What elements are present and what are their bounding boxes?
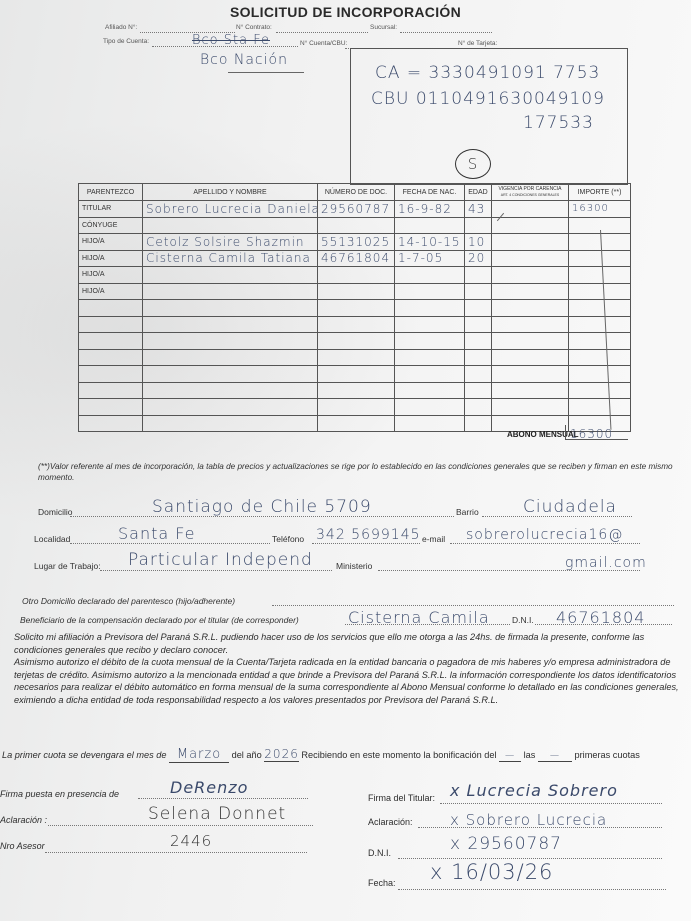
- cell-doc[interactable]: [318, 283, 395, 300]
- cell-vigencia[interactable]: [492, 250, 569, 267]
- cell-vigencia[interactable]: [492, 217, 569, 234]
- aclaracion-right-value: x Sobrero Lucrecia: [450, 811, 607, 829]
- fecha-value: x 16/03/26: [430, 860, 553, 884]
- cell-doc[interactable]: [318, 349, 395, 366]
- cell-nombre[interactable]: [143, 283, 318, 300]
- aclaracion-right-label: Aclaración:: [368, 817, 413, 827]
- domicilio-label: Domicilio: [38, 507, 72, 517]
- fecha-label: Fecha:: [368, 878, 396, 888]
- family-table-header: PARENTEZCO APELLIDO Y NOMBRE NÚMERO DE D…: [79, 184, 631, 201]
- col-nombre: APELLIDO Y NOMBRE: [143, 184, 318, 201]
- account-cbu: CBU 0110491630049109: [371, 89, 605, 109]
- cell-fecha-nac[interactable]: 1-7-05: [395, 250, 465, 267]
- cell-nombre[interactable]: [143, 316, 318, 333]
- cell-importe[interactable]: 16300: [569, 201, 631, 218]
- email-label: e-mail: [422, 534, 445, 544]
- cell-parentesco: HIJO/A: [79, 234, 143, 251]
- localidad-value: Santa Fe: [118, 524, 195, 543]
- family-table-row: [79, 349, 631, 366]
- aclaracion-left-field[interactable]: [48, 825, 313, 826]
- price-note: (**)Valor referente al mes de incorporac…: [38, 461, 688, 483]
- cell-vigencia[interactable]: [492, 316, 569, 333]
- afiliado-label: Afiliado N°:: [105, 24, 137, 31]
- account-cbu-cont: 177533: [523, 113, 594, 133]
- cell-vigencia[interactable]: [492, 234, 569, 251]
- fecha-field[interactable]: [398, 889, 666, 890]
- cell-nombre[interactable]: [143, 349, 318, 366]
- cell-vigencia[interactable]: [492, 300, 569, 317]
- cell-doc[interactable]: [318, 333, 395, 350]
- tarjeta-label: N° de Tarjeta:: [458, 40, 497, 47]
- localidad-label: Localidad: [34, 534, 70, 544]
- presencia-field[interactable]: [138, 798, 308, 799]
- cell-vigencia[interactable]: [492, 267, 569, 284]
- tipo-cuenta-underline: [228, 72, 304, 73]
- email-value: sobrerolucrecia16@: [466, 527, 623, 543]
- family-table-row: HIJO/A: [79, 267, 631, 284]
- cell-vigencia[interactable]: [492, 382, 569, 399]
- legal-p2: Asimismo autorizo el débito de la cuota …: [14, 656, 691, 706]
- col-vigencia: VIGENCIA POR CARENCIA ART. 4 CONDICIONES…: [492, 184, 569, 201]
- cell-nombre[interactable]: Cisterna Camila Tatiana: [143, 250, 318, 267]
- family-table-row: HIJO/ACetolz Solsire Shazmin5513102514-1…: [79, 234, 631, 251]
- cell-edad[interactable]: [465, 382, 492, 399]
- cell-doc[interactable]: [318, 382, 395, 399]
- contrato-label: N° Contrato:: [236, 24, 272, 31]
- cell-edad[interactable]: 20: [465, 250, 492, 267]
- telefono-label: Teléfono: [272, 534, 304, 544]
- cell-edad[interactable]: [465, 267, 492, 284]
- cell-importe[interactable]: [569, 333, 631, 350]
- cell-fecha-nac[interactable]: 14-10-15: [395, 234, 465, 251]
- cell-doc[interactable]: 29560787: [318, 201, 395, 218]
- contrato-field[interactable]: [276, 32, 368, 33]
- cell-parentesco: HIJO/A: [79, 250, 143, 267]
- cell-importe[interactable]: [569, 366, 631, 383]
- form-page: SOLICITUD DE INCORPORACIÓN Afiliado N°: …: [0, 0, 691, 921]
- cell-fecha-nac[interactable]: [395, 316, 465, 333]
- account-box: CA = 3330491091 7753 CBU 011049163004910…: [350, 48, 628, 185]
- sucursal-label: Sucursal:: [370, 24, 397, 31]
- cell-importe[interactable]: [569, 300, 631, 317]
- cell-doc[interactable]: [318, 366, 395, 383]
- cell-importe[interactable]: [569, 399, 631, 416]
- beneficiario-value: Cisterna Camila: [348, 608, 490, 627]
- aclaracion-left-value: Selena Donnet: [148, 804, 286, 824]
- cell-importe[interactable]: [569, 382, 631, 399]
- cell-doc[interactable]: [318, 217, 395, 234]
- cell-fecha-nac[interactable]: [395, 267, 465, 284]
- barrio-value: Ciudadela: [523, 497, 617, 517]
- titular-signature-field[interactable]: [440, 803, 662, 804]
- cell-nombre[interactable]: [143, 300, 318, 317]
- cell-importe[interactable]: [569, 316, 631, 333]
- cell-nombre[interactable]: [143, 366, 318, 383]
- cell-nombre[interactable]: [143, 217, 318, 234]
- cell-nombre[interactable]: [143, 382, 318, 399]
- telefono-value: 342 5699145: [316, 527, 421, 543]
- presencia-label: Firma puesta en presencia de: [0, 789, 119, 799]
- cell-fecha-nac[interactable]: [395, 283, 465, 300]
- cuota-mes-field[interactable]: Marzo: [169, 747, 229, 763]
- cell-fecha-nac[interactable]: [395, 217, 465, 234]
- beneficiario-label: Beneficiario de la compensación declarad…: [20, 615, 299, 625]
- cell-edad[interactable]: [465, 415, 492, 432]
- cell-parentesco: [79, 415, 143, 432]
- circled-mark: S: [455, 149, 491, 179]
- cell-edad[interactable]: 43: [465, 201, 492, 218]
- cell-nombre[interactable]: [143, 399, 318, 416]
- cell-edad[interactable]: [465, 316, 492, 333]
- col-parentesco: PARENTEZCO: [79, 184, 143, 201]
- cell-edad[interactable]: 10: [465, 234, 492, 251]
- email-value-cont: gmail.com: [565, 555, 647, 571]
- asesor-value: 2446: [170, 832, 212, 850]
- cell-nombre[interactable]: Cetolz Solsire Shazmin: [143, 234, 318, 251]
- localidad-field[interactable]: [70, 543, 270, 544]
- cell-parentesco: HIJO/A: [79, 267, 143, 284]
- dni-label: D.N.I.: [368, 848, 391, 858]
- cell-parentesco: [79, 366, 143, 383]
- beneficiario-dni-label: D.N.I.: [512, 615, 534, 625]
- ministerio-label: Ministerio: [336, 561, 372, 571]
- cell-importe[interactable]: [569, 267, 631, 284]
- form-title: SOLICITUD DE INCORPORACIÓN: [0, 4, 691, 20]
- account-ca: CA = 3330491091 7753: [375, 63, 600, 83]
- cell-vigencia[interactable]: [492, 283, 569, 300]
- cell-edad[interactable]: [465, 333, 492, 350]
- cell-edad[interactable]: [465, 300, 492, 317]
- family-table-row: [79, 333, 631, 350]
- cell-fecha-nac[interactable]: 16-9-82: [395, 201, 465, 218]
- cell-parentesco: HIJO/A: [79, 283, 143, 300]
- cell-edad[interactable]: [465, 283, 492, 300]
- asesor-label: Nro Asesor: [0, 841, 45, 851]
- col-importe: IMPORTE (**): [569, 184, 631, 201]
- col-doc: NÚMERO DE DOC.: [318, 184, 395, 201]
- cell-fecha-nac[interactable]: [395, 415, 465, 432]
- abono-field[interactable]: 16300: [565, 425, 628, 440]
- cell-parentesco: [79, 382, 143, 399]
- cell-importe[interactable]: [569, 349, 631, 366]
- barrio-label: Barrio: [456, 507, 479, 517]
- otro-domicilio-label: Otro Domicilio declarado del parentesco …: [22, 596, 235, 606]
- domicilio-value: Santiago de Chile 5709: [152, 497, 372, 517]
- cell-vigencia[interactable]: [492, 349, 569, 366]
- dni-field[interactable]: [398, 858, 662, 859]
- cuenta-cbu-label: N° Cuenta/CBU:: [300, 40, 347, 47]
- cell-fecha-nac[interactable]: [395, 399, 465, 416]
- cell-doc[interactable]: [318, 267, 395, 284]
- tipo-cuenta-struck: Bco Sta Fe: [192, 33, 270, 48]
- cell-importe[interactable]: [569, 250, 631, 267]
- cell-importe[interactable]: [569, 283, 631, 300]
- col-edad: EDAD: [465, 184, 492, 201]
- cell-nombre[interactable]: Sobrero Lucrecia Daniela: [143, 201, 318, 218]
- cell-doc[interactable]: [318, 415, 395, 432]
- cell-parentesco: [79, 349, 143, 366]
- titular-label: Firma del Titular:: [368, 793, 435, 803]
- cell-doc[interactable]: 46761804: [318, 250, 395, 267]
- cell-doc[interactable]: 55131025: [318, 234, 395, 251]
- family-table-row: CÓNYUGE: [79, 217, 631, 234]
- cell-parentesco: [79, 333, 143, 350]
- titular-signature: x Lucrecia Sobrero: [450, 781, 618, 800]
- cell-doc[interactable]: [318, 300, 395, 317]
- cell-fecha-nac[interactable]: [395, 300, 465, 317]
- cell-doc[interactable]: [318, 399, 395, 416]
- cell-vigencia[interactable]: [492, 399, 569, 416]
- email-field[interactable]: [450, 543, 640, 544]
- sucursal-field[interactable]: [400, 32, 492, 33]
- family-table-row: [79, 366, 631, 383]
- trabajo-field[interactable]: [100, 570, 332, 571]
- cell-parentesco: [79, 316, 143, 333]
- cell-fecha-nac[interactable]: [395, 382, 465, 399]
- cell-nombre[interactable]: [143, 333, 318, 350]
- cell-fecha-nac[interactable]: [395, 349, 465, 366]
- aclaracion-left-label: Aclaración :: [0, 815, 47, 825]
- cell-edad[interactable]: [465, 399, 492, 416]
- otro-domicilio-field[interactable]: [272, 605, 674, 606]
- family-table-row: [79, 399, 631, 416]
- family-table-row: [79, 300, 631, 317]
- asesor-field[interactable]: [45, 852, 307, 853]
- beneficiario-dni-value: 46761804: [556, 608, 645, 627]
- cell-vigencia[interactable]: [492, 366, 569, 383]
- cell-nombre[interactable]: [143, 267, 318, 284]
- bonif-field[interactable]: —: [499, 750, 521, 762]
- tipo-cuenta-value: Bco Nación: [200, 52, 288, 68]
- family-table-row: HIJO/ACisterna Camila Tatiana467618041-7…: [79, 250, 631, 267]
- cell-parentesco: [79, 399, 143, 416]
- legal-p1: Solicito mi afiliación a Previsora del P…: [14, 631, 691, 656]
- cuota-line: La primer cuota se devengara el mes de M…: [2, 747, 640, 763]
- cell-edad[interactable]: [465, 349, 492, 366]
- trabajo-label: Lugar de Trabajo:: [34, 561, 101, 571]
- legal-text: Solicito mi afiliación a Previsora del P…: [14, 631, 691, 706]
- cuota-anio-field[interactable]: 2026: [264, 747, 299, 762]
- family-table-row: HIJO/A: [79, 283, 631, 300]
- las-field[interactable]: —: [538, 750, 572, 762]
- family-table: PARENTEZCO APELLIDO Y NOMBRE NÚMERO DE D…: [78, 183, 631, 432]
- family-table-row: [79, 316, 631, 333]
- cell-fecha-nac[interactable]: [395, 333, 465, 350]
- cell-nombre[interactable]: [143, 415, 318, 432]
- cell-edad[interactable]: [465, 366, 492, 383]
- cell-doc[interactable]: [318, 316, 395, 333]
- cell-parentesco: CÓNYUGE: [79, 217, 143, 234]
- cell-vigencia[interactable]: [492, 333, 569, 350]
- cell-edad[interactable]: [465, 217, 492, 234]
- col-fecha-nac: FECHA DE NAC.: [395, 184, 465, 201]
- cell-fecha-nac[interactable]: [395, 366, 465, 383]
- cell-parentesco: TITULAR: [79, 201, 143, 218]
- trabajo-value: Particular Independ: [128, 550, 313, 570]
- tipo-cuenta-label: Tipo de Cuenta:: [103, 38, 149, 45]
- presencia-signature: DeRenzo: [170, 778, 248, 797]
- cell-parentesco: [79, 300, 143, 317]
- dni-value: x 29560787: [450, 834, 562, 854]
- family-table-row: [79, 382, 631, 399]
- telefono-field[interactable]: [312, 543, 420, 544]
- family-table-row: TITULARSobrero Lucrecia Daniela295607871…: [79, 201, 631, 218]
